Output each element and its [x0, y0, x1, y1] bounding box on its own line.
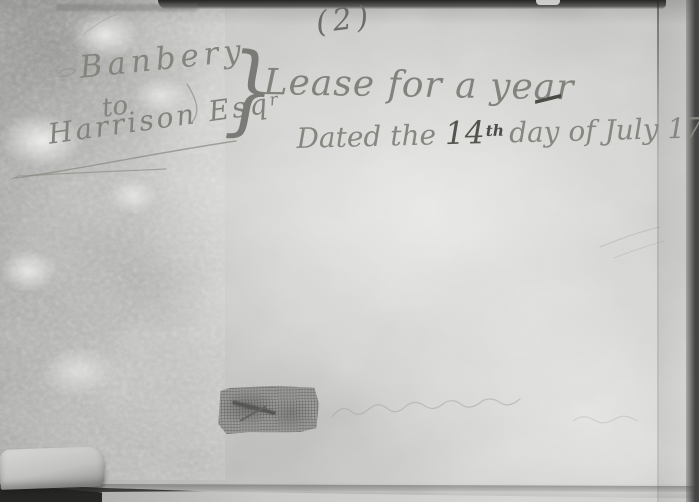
document-title: Lease for a year	[263, 62, 574, 108]
top-edge-smudge	[56, 4, 198, 11]
page-number: (2)	[314, 0, 375, 41]
right-fold-shade	[659, 0, 687, 502]
photo-backdrop: (2) Banbery to Harrison Esqr } Lease for…	[0, 0, 699, 502]
date-rest: day of July 1735	[509, 110, 699, 149]
top-edge-nick	[536, 0, 560, 5]
folded-corner	[0, 446, 105, 490]
date-ordinal: th	[485, 122, 504, 140]
bottom-seam-shadow	[86, 484, 699, 492]
date-prefix: Dated the	[296, 118, 436, 155]
right-edge-strip	[686, 0, 699, 502]
top-edge-band	[158, 0, 666, 9]
date-day: 14	[444, 115, 485, 152]
fabric-patch	[217, 385, 319, 435]
